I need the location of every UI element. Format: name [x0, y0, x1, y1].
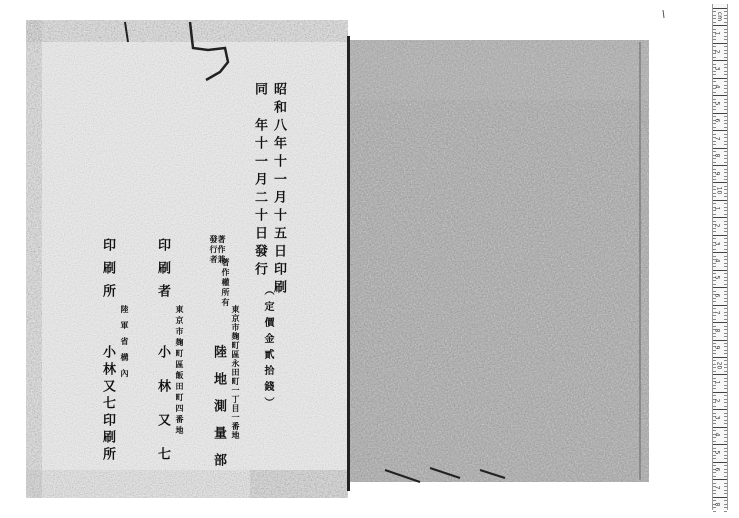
ruler-minor-tick — [724, 123, 727, 124]
ruler-minor-tick — [713, 127, 716, 128]
print-shop-name: 小林又七印刷所 — [101, 345, 114, 464]
copyright-label: 著作權所有 — [222, 258, 230, 308]
ruler-minor-tick — [724, 455, 727, 456]
ruler-label: 3 — [713, 241, 720, 245]
ruler-minor-tick — [724, 399, 727, 400]
ruler-minor-tick — [713, 315, 716, 316]
print-shop-label: 印刷所 — [101, 238, 114, 307]
ruler-minor-tick — [713, 448, 716, 449]
ruler-label: 3 — [713, 67, 720, 71]
ruler-tick — [713, 252, 727, 253]
ruler-minor-tick — [713, 430, 716, 431]
ruler-minor-tick — [713, 99, 716, 100]
ruler-minor-tick — [724, 242, 727, 243]
ruler-minor-tick — [724, 371, 727, 372]
ruler-minor-tick — [713, 22, 716, 23]
printer-name: 小林又七 — [156, 345, 169, 481]
ruler-tick — [713, 374, 727, 375]
printer-address: 東京市麹町區飯田町四番地 — [176, 305, 184, 437]
ruler-minor-tick — [713, 273, 716, 274]
ruler-minor-tick — [713, 81, 716, 82]
ruler-minor-tick — [724, 214, 727, 215]
ruler-minor-tick — [713, 441, 716, 442]
ruler-minor-tick — [713, 203, 716, 204]
ruler-minor-tick — [724, 378, 727, 379]
ruler-minor-tick — [724, 162, 727, 163]
ruler-minor-tick — [713, 326, 716, 327]
ruler-minor-tick — [713, 336, 716, 337]
ruler-label: 7 — [713, 136, 720, 140]
ruler-tick — [713, 113, 727, 114]
ruler-minor-tick — [724, 416, 727, 417]
ruler-minor-tick — [724, 224, 727, 225]
ruler-minor-tick — [724, 451, 727, 452]
ruler-minor-tick — [724, 280, 727, 281]
ruler-tick — [713, 462, 727, 463]
ruler-tick — [713, 287, 727, 288]
ruler-minor-tick — [724, 228, 727, 229]
ruler-minor-tick — [724, 319, 727, 320]
ruler-label: 8 — [713, 328, 720, 332]
ruler-minor-tick — [724, 301, 727, 302]
ruler-tick — [713, 95, 727, 96]
ruler-minor-tick — [724, 476, 727, 477]
ruler-minor-tick — [724, 483, 727, 484]
ruler-minor-tick — [713, 490, 716, 491]
printer-label: 印刷者 — [156, 238, 169, 307]
ruler-minor-tick — [713, 256, 716, 257]
ruler-minor-tick — [713, 458, 716, 459]
ruler-minor-tick — [713, 308, 716, 309]
ruler-minor-tick — [724, 172, 727, 173]
ruler-minor-tick — [724, 15, 727, 16]
ruler-minor-tick — [724, 490, 727, 491]
ruler-minor-tick — [724, 312, 727, 313]
ruler-minor-tick — [724, 259, 727, 260]
ruler-minor-tick — [724, 402, 727, 403]
ruler-minor-tick — [724, 367, 727, 368]
ruler-minor-tick — [713, 437, 716, 438]
ruler-minor-tick — [724, 141, 727, 142]
ruler-minor-tick — [724, 46, 727, 47]
ruler-label: 5 — [713, 276, 720, 280]
ruler-minor-tick — [724, 67, 727, 68]
ruler-minor-tick — [713, 228, 716, 229]
ruler-minor-tick — [724, 186, 727, 187]
ruler-label: 7 — [713, 311, 720, 315]
ruler-minor-tick — [713, 116, 716, 117]
ruler-label: 10 — [715, 187, 722, 195]
ruler-minor-tick — [724, 155, 727, 156]
ruler-minor-tick — [713, 395, 716, 396]
ruler-minor-tick — [724, 486, 727, 487]
ruler-minor-tick — [724, 353, 727, 354]
ruler-label: 6 — [713, 293, 720, 297]
ruler-minor-tick — [713, 476, 716, 477]
ruler-minor-tick — [724, 81, 727, 82]
ruler-minor-tick — [713, 301, 716, 302]
ruler-label: 8 — [713, 154, 720, 158]
ruler-label: 8 — [713, 503, 720, 507]
ruler-minor-tick — [724, 50, 727, 51]
ruler-minor-tick — [724, 263, 727, 264]
ruler-minor-tick — [724, 193, 727, 194]
ruler-minor-tick — [724, 144, 727, 145]
ruler-minor-tick — [724, 207, 727, 208]
ruler-minor-tick — [724, 85, 727, 86]
ruler-tick — [713, 217, 727, 218]
ruler-label: 1 — [713, 206, 720, 210]
ruler-minor-tick — [724, 151, 727, 152]
ruler-minor-tick — [713, 231, 716, 232]
ruler-label: 4 — [713, 433, 720, 437]
ruler-minor-tick — [713, 196, 716, 197]
ruler-minor-tick — [713, 280, 716, 281]
ruler-minor-tick — [724, 36, 727, 37]
ruler-minor-tick — [713, 483, 716, 484]
ruler-minor-tick — [713, 64, 716, 65]
ruler-minor-tick — [713, 343, 716, 344]
ruler-label: 6 — [713, 119, 720, 123]
ruler-minor-tick — [724, 430, 727, 431]
ruler-minor-tick — [713, 378, 716, 379]
ruler-minor-tick — [724, 74, 727, 75]
ruler-minor-tick — [713, 221, 716, 222]
ruler-label: 4 — [713, 84, 720, 88]
ruler-minor-tick — [713, 284, 716, 285]
ruler-minor-tick — [713, 319, 716, 320]
ruler-minor-tick — [724, 53, 727, 54]
ruler-minor-tick — [724, 196, 727, 197]
ruler-minor-tick — [724, 238, 727, 239]
ruler-minor-tick — [724, 277, 727, 278]
ruler-label: 5 — [713, 451, 720, 455]
ruler-minor-tick — [724, 273, 727, 274]
ruler-tick — [713, 357, 727, 358]
ruler-minor-tick — [724, 137, 727, 138]
ruler-minor-tick — [724, 245, 727, 246]
ruler-minor-tick — [713, 507, 716, 508]
ruler-minor-tick — [713, 350, 716, 351]
ruler-minor-tick — [713, 214, 716, 215]
ruler-minor-tick — [724, 88, 727, 89]
ruler-minor-tick — [724, 326, 727, 327]
ruler-minor-tick — [724, 134, 727, 135]
ruler-minor-tick — [724, 423, 727, 424]
ruler-minor-tick — [724, 169, 727, 170]
ruler-minor-tick — [713, 423, 716, 424]
ruler-minor-tick — [713, 123, 716, 124]
ruler-minor-tick — [724, 493, 727, 494]
ruler-minor-tick — [724, 127, 727, 128]
ruler-minor-tick — [724, 360, 727, 361]
ruler-label: 6 — [713, 468, 720, 472]
ruler-minor-tick — [713, 57, 716, 58]
ruler-minor-tick — [713, 465, 716, 466]
ruler-minor-tick — [724, 210, 727, 211]
ruler-minor-tick — [713, 298, 716, 299]
ruler-minor-tick — [713, 420, 716, 421]
ruler-minor-tick — [724, 120, 727, 121]
ruler-minor-tick — [713, 144, 716, 145]
ruler-minor-tick — [724, 284, 727, 285]
ruler-minor-tick — [724, 308, 727, 309]
ruler-minor-tick — [713, 92, 716, 93]
ruler-label: 2 — [713, 398, 720, 402]
ruler-minor-tick — [713, 141, 716, 142]
ruler-minor-tick — [724, 109, 727, 110]
ruler-minor-tick — [724, 329, 727, 330]
ruler-minor-tick — [713, 353, 716, 354]
ruler-minor-tick — [713, 179, 716, 180]
ruler-minor-tick — [724, 32, 727, 33]
ruler-minor-tick — [724, 504, 727, 505]
ruler-label: 1 — [713, 32, 720, 36]
ruler-minor-tick — [713, 291, 716, 292]
ruler-tick — [713, 130, 727, 131]
ruler-minor-tick — [724, 441, 727, 442]
facing-page — [349, 40, 649, 482]
ruler-minor-tick — [724, 116, 727, 117]
ruler-tick — [713, 235, 727, 236]
ruler-minor-tick — [724, 437, 727, 438]
ruler-minor-tick — [724, 266, 727, 267]
ruler-label: 5 — [713, 102, 720, 106]
ruler-minor-tick — [713, 134, 716, 135]
ruler-minor-tick — [724, 385, 727, 386]
ruler-minor-tick — [724, 500, 727, 501]
ruler-minor-tick — [724, 179, 727, 180]
ruler-minor-tick — [713, 238, 716, 239]
ruler-minor-tick — [724, 388, 727, 389]
ruler-minor-tick — [724, 291, 727, 292]
ruler-minor-tick — [724, 469, 727, 470]
ruler-minor-tick — [713, 266, 716, 267]
ruler-minor-tick — [724, 381, 727, 382]
ruler-minor-tick — [724, 22, 727, 23]
ruler-minor-tick — [713, 162, 716, 163]
ruler-minor-tick — [713, 249, 716, 250]
ruler-minor-tick — [713, 472, 716, 473]
ruler-minor-tick — [724, 413, 727, 414]
ruler-tick — [713, 200, 727, 201]
ruler-minor-tick — [724, 57, 727, 58]
ruler-minor-tick — [724, 336, 727, 337]
ruler-minor-tick — [713, 36, 716, 37]
ruler-minor-tick — [724, 221, 727, 222]
ruler-tick — [713, 479, 727, 480]
ruler-minor-tick — [724, 364, 727, 365]
print-date: 昭和八年十一月十五日印刷 — [272, 82, 285, 298]
ruler-minor-tick — [713, 388, 716, 389]
ruler-tick — [713, 78, 727, 79]
ruler-minor-tick — [724, 92, 727, 93]
ruler-minor-tick — [724, 294, 727, 295]
ruler-minor-tick — [713, 413, 716, 414]
ruler-minor-tick — [724, 315, 727, 316]
ruler-minor-tick — [713, 158, 716, 159]
ruler-minor-tick — [724, 420, 727, 421]
publisher-role-label-bottom: 發行者 — [210, 235, 218, 265]
ruler-tick — [713, 270, 727, 271]
ruler-minor-tick — [724, 511, 727, 512]
ruler-tick — [713, 8, 727, 9]
ruler-minor-tick — [724, 176, 727, 177]
ruler-minor-tick — [724, 465, 727, 466]
ruler-minor-tick — [724, 64, 727, 65]
ruler-minor-tick — [724, 102, 727, 103]
ruler-tick — [713, 340, 727, 341]
ruler-minor-tick — [724, 231, 727, 232]
ruler-tick — [713, 43, 727, 44]
ruler-tick — [713, 25, 727, 26]
ruler-minor-tick — [724, 11, 727, 12]
price-note: （定價金貳拾錢） — [262, 285, 272, 413]
ruler-minor-tick — [713, 333, 716, 334]
publisher-name: 陸地測量部 — [212, 345, 225, 480]
ruler-tick — [713, 322, 727, 323]
ruler-minor-tick — [713, 29, 716, 30]
ruler-minor-tick — [713, 511, 716, 512]
ruler-minor-tick — [724, 472, 727, 473]
ruler-tick — [713, 148, 727, 149]
ruler-minor-tick — [713, 371, 716, 372]
ruler-minor-tick — [713, 500, 716, 501]
ruler-minor-tick — [713, 176, 716, 177]
ruler-minor-tick — [713, 71, 716, 72]
print-shop-note: 陸軍省構內 — [121, 305, 129, 385]
ruler-minor-tick — [724, 434, 727, 435]
ruler-minor-tick — [713, 151, 716, 152]
ruler-tick — [713, 305, 727, 306]
ruler-tick — [713, 497, 727, 498]
ruler-minor-tick — [724, 350, 727, 351]
ruler-label: 2 — [713, 224, 720, 228]
ruler-label: 7 — [713, 485, 720, 489]
measurement-ruler: cm123456789101234567892012345678 — [712, 4, 728, 510]
ruler-tick — [713, 444, 727, 445]
ruler-label: 2 — [713, 49, 720, 53]
ruler-minor-tick — [724, 458, 727, 459]
ruler-minor-tick — [724, 106, 727, 107]
ruler-minor-tick — [724, 71, 727, 72]
ruler-minor-tick — [713, 109, 716, 110]
publisher-address: 東京市麹町區永田町一丁目一番地 — [232, 305, 240, 440]
ruler-label: 4 — [713, 259, 720, 263]
colophon-page — [26, 20, 348, 498]
ruler-minor-tick — [724, 256, 727, 257]
ruler-minor-tick — [724, 249, 727, 250]
ruler-minor-tick — [724, 507, 727, 508]
ruler-minor-tick — [724, 333, 727, 334]
issue-date: 同 年十一月二十日發行 — [253, 82, 266, 280]
ruler-minor-tick — [713, 39, 716, 40]
ruler-minor-tick — [713, 106, 716, 107]
ruler-minor-tick — [724, 343, 727, 344]
ruler-minor-tick — [713, 263, 716, 264]
ruler-minor-tick — [724, 395, 727, 396]
ruler-minor-tick — [713, 46, 716, 47]
ruler-minor-tick — [724, 99, 727, 100]
ruler-minor-tick — [724, 203, 727, 204]
ruler-minor-tick — [724, 158, 727, 159]
ruler-label: 1 — [713, 381, 720, 385]
ruler-label: 9 — [713, 346, 720, 350]
ruler-label: 9 — [713, 171, 720, 175]
ruler-tick — [713, 165, 727, 166]
ruler-tick — [713, 427, 727, 428]
ruler-minor-tick — [713, 493, 716, 494]
ruler-minor-tick — [724, 18, 727, 19]
ruler-label: 20 — [715, 361, 722, 369]
ruler-minor-tick — [713, 455, 716, 456]
ruler-minor-tick — [713, 385, 716, 386]
ruler-minor-tick — [724, 346, 727, 347]
ruler-tick — [713, 409, 727, 410]
ruler-label: cm — [716, 12, 723, 21]
ruler-minor-tick — [713, 406, 716, 407]
ruler-tick — [713, 60, 727, 61]
ruler-minor-tick — [724, 29, 727, 30]
ruler-minor-tick — [724, 298, 727, 299]
ruler-minor-tick — [724, 448, 727, 449]
ruler-minor-tick — [724, 189, 727, 190]
ruler-tick — [713, 392, 727, 393]
ruler-minor-tick — [713, 74, 716, 75]
ruler-minor-tick — [724, 39, 727, 40]
ruler-label: 3 — [713, 416, 720, 420]
ruler-minor-tick — [713, 169, 716, 170]
ruler-tick — [713, 182, 727, 183]
ruler-minor-tick — [724, 406, 727, 407]
